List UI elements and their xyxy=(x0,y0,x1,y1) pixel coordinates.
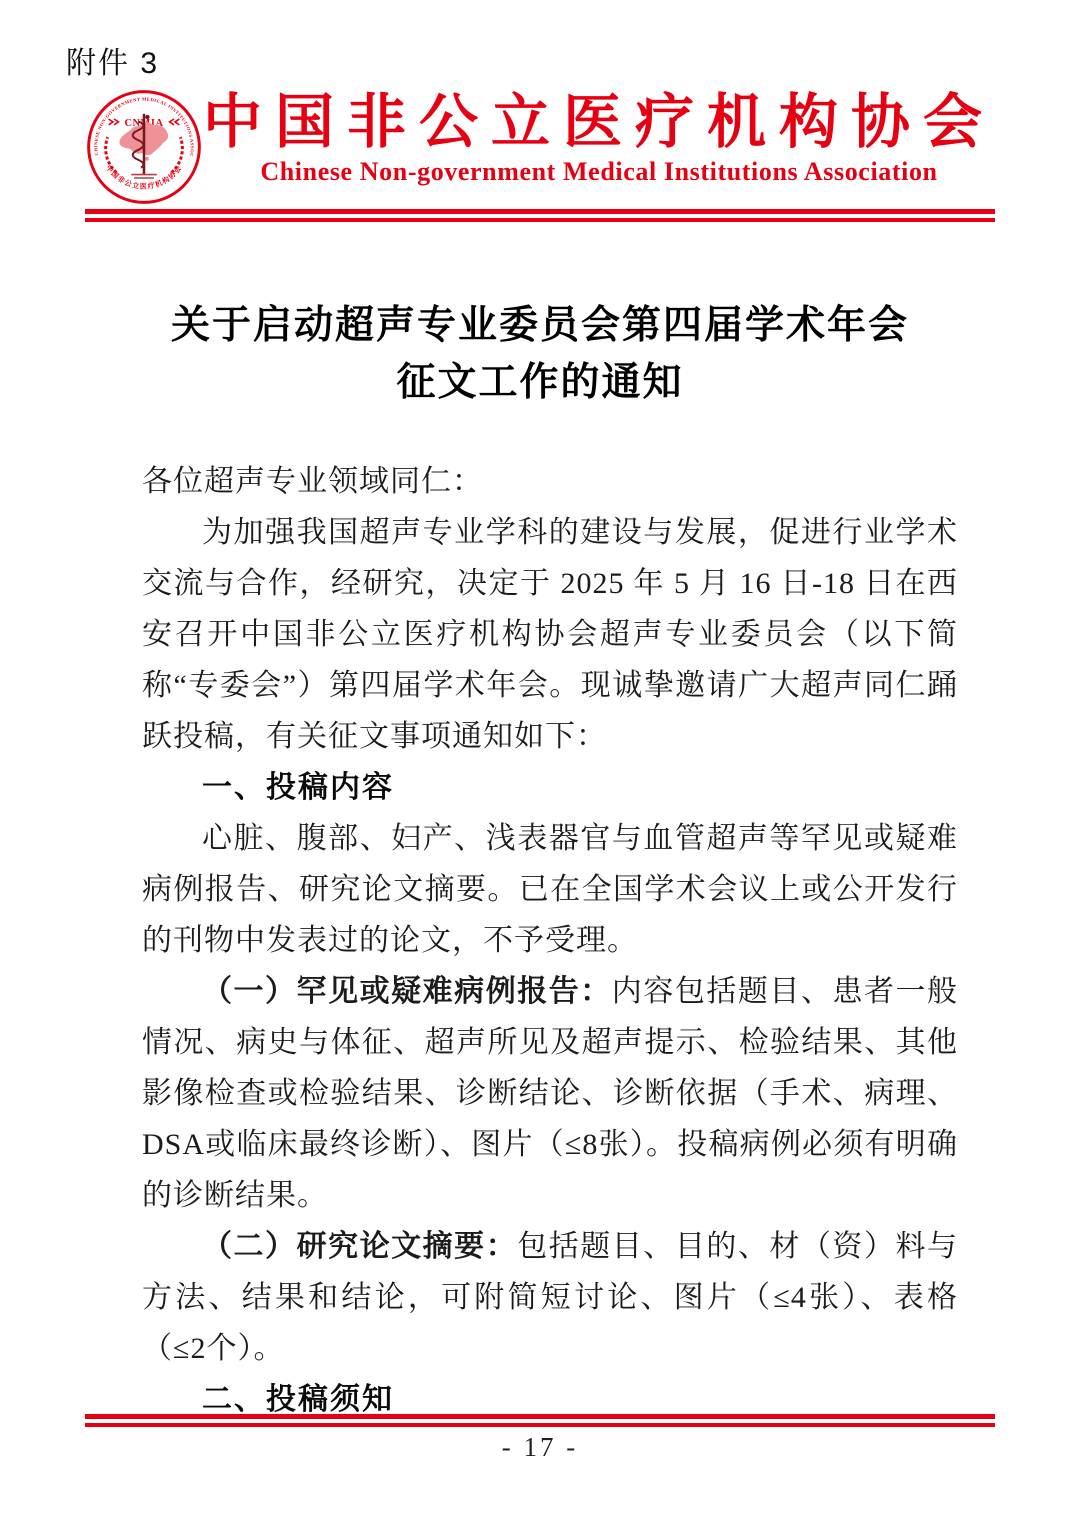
document-page: 附件 3 CHINESE NON-GOVERNMENT MEDICAL INST… xyxy=(0,0,1080,1528)
item2-lead: （二）研究论文摘要： xyxy=(202,1230,517,1263)
document-title: 关于启动超声专业委员会第四届学术年会 征文工作的通知 xyxy=(85,297,995,411)
attachment-label: 附件 3 xyxy=(66,38,159,82)
item1-lead: （一）罕见或疑难病例报告： xyxy=(202,975,612,1008)
org-name-english: Chinese Non-government Medical Instituti… xyxy=(203,157,995,187)
org-name-chinese: 中国非公立医疗机构协会 xyxy=(203,90,995,154)
page-number: - 17 - xyxy=(85,1432,995,1463)
cnmia-association-seal-icon: CHINESE NON-GOVERNMENT MEDICAL INSTITUTI… xyxy=(85,88,203,206)
intro-paragraph: 为加强我国超声专业学科的建设与发展，促进行业学术交流与合作，经研究，决定于 20… xyxy=(142,507,958,762)
document-body: 各位超声专业领域同仁： 为加强我国超声专业学科的建设与发展，促进行业学术交流与合… xyxy=(142,456,958,1425)
header-rule-thick xyxy=(85,209,995,214)
item2-paragraph: （二）研究论文摘要：包括题目、目的、材（资）料与方法、结果和结论，可附简短讨论、… xyxy=(142,1221,958,1374)
document-title-line2: 征文工作的通知 xyxy=(85,354,995,411)
footer-rule-thick xyxy=(85,1414,995,1419)
section1-paragraph: 心脏、腹部、妇产、浅表器官与血管超声等罕见或疑难病例报告、研究论文摘要。已在全国… xyxy=(142,813,958,966)
footer-rule-thin xyxy=(85,1423,995,1427)
section1-heading: 一、投稿内容 xyxy=(142,762,958,813)
hainan-island-dot xyxy=(145,157,149,161)
document-title-line1: 关于启动超声专业委员会第四届学术年会 xyxy=(85,297,995,354)
letterhead: CHINESE NON-GOVERNMENT MEDICAL INSTITUTI… xyxy=(85,88,995,206)
snake-head xyxy=(145,115,149,119)
salutation: 各位超声专业领域同仁： xyxy=(142,456,958,507)
item1-paragraph: （一）罕见或疑难病例报告：内容包括题目、患者一般情况、病史与体征、超声所见及超声… xyxy=(142,966,958,1221)
item1-body: 内容包括题目、患者一般情况、病史与体征、超声所见及超声提示、检验结果、其他影像检… xyxy=(142,975,958,1212)
header-rule-thin xyxy=(85,218,995,222)
org-name-block: 中国非公立医疗机构协会 Chinese Non-government Medic… xyxy=(203,88,995,187)
